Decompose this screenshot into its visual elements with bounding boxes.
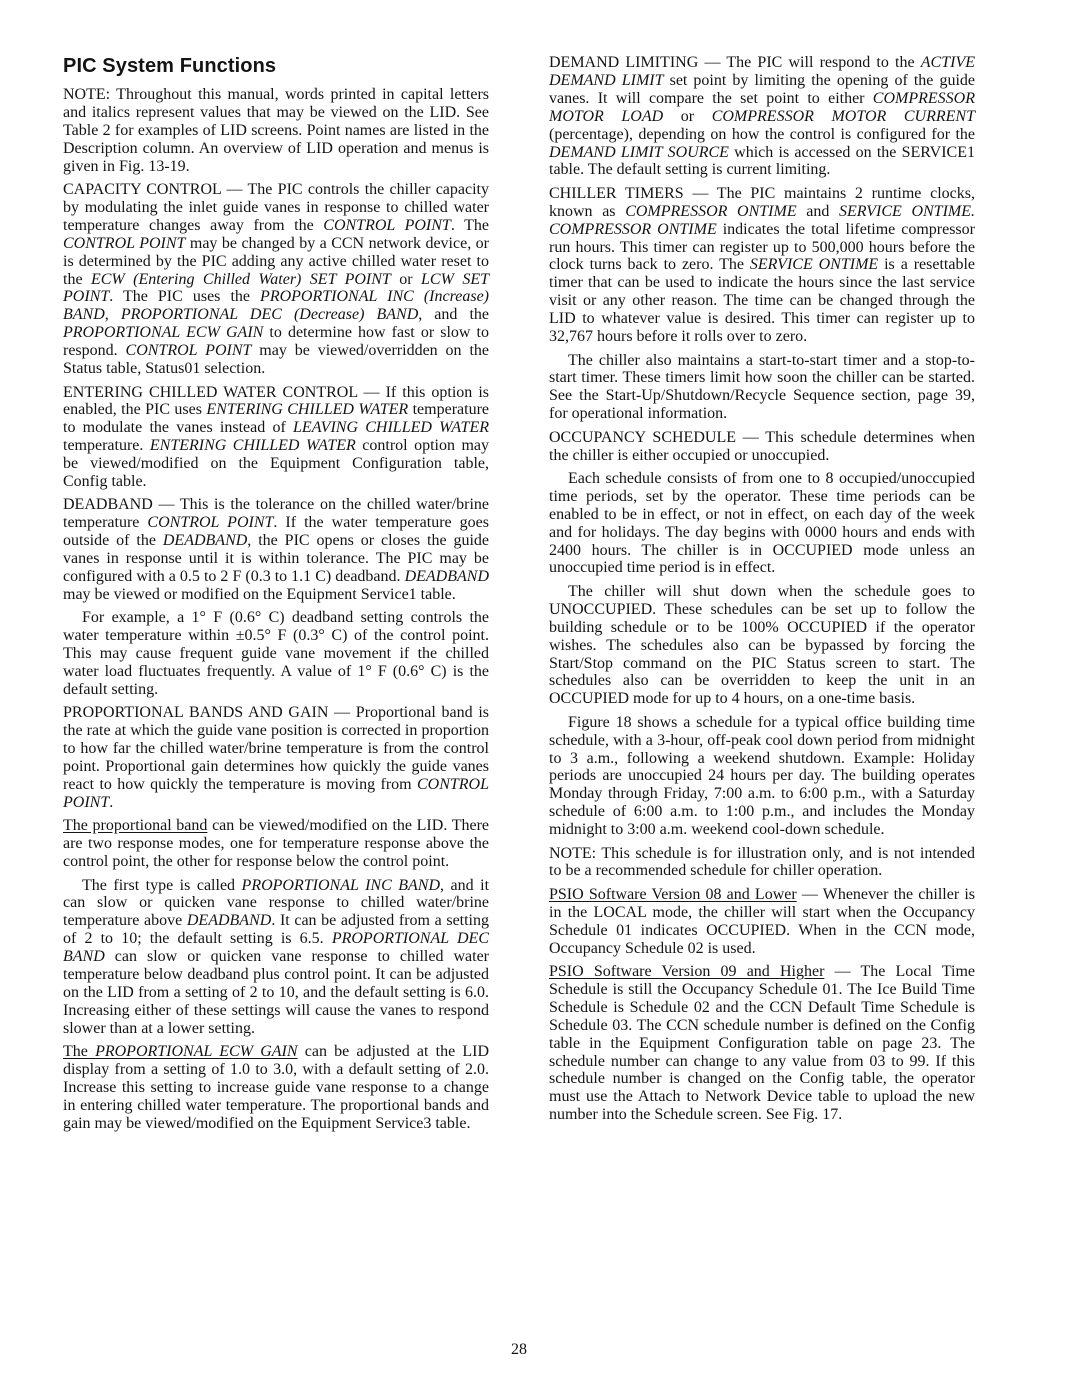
text-run: Figure 18 shows a schedule for a typical… bbox=[549, 714, 975, 838]
text-run: The bbox=[63, 1043, 95, 1060]
text-run: PSIO Software Version 08 and Lower bbox=[549, 886, 797, 903]
paragraph: Figure 18 shows a schedule for a typical… bbox=[549, 714, 975, 839]
text-run: PSIO Software Version 09 and Higher bbox=[549, 963, 824, 980]
paragraph: PROPORTIONAL BANDS AND GAIN — Proportion… bbox=[63, 704, 489, 811]
paragraph: DEMAND LIMITING — The PIC will respond t… bbox=[549, 54, 975, 179]
text-run: DEMAND LIMITING — The PIC will respond t… bbox=[549, 54, 921, 71]
paragraph: NOTE: This schedule is for illustration … bbox=[549, 845, 975, 881]
paragraph: CHILLER TIMERS — The PIC maintains 2 run… bbox=[549, 185, 975, 346]
text-run: LEAVING CHILLED WATER bbox=[293, 419, 489, 436]
paragraph: Each schedule consists of from one to 8 … bbox=[549, 470, 975, 577]
text-run: DEADBAND bbox=[163, 532, 247, 549]
text-run: ENTERING CHILLED WATER bbox=[206, 401, 408, 418]
text-run: or bbox=[663, 108, 712, 125]
text-run: may be viewed or modified on the Equipme… bbox=[63, 586, 456, 603]
text-run: DEADBAND bbox=[187, 912, 271, 929]
text-run: NOTE: This schedule is for illustration … bbox=[549, 845, 975, 880]
text-run: CONTROL POINT bbox=[323, 217, 451, 234]
text-run: PROPORTIONAL INC BAND bbox=[242, 877, 440, 894]
text-run: SERVICE ONTIME bbox=[750, 256, 878, 273]
text-run: The chiller will shut down when the sche… bbox=[549, 583, 975, 707]
text-run: can slow or quicken vane response to chi… bbox=[63, 948, 489, 1037]
text-run: . The bbox=[451, 217, 489, 234]
paragraph: The proportional band can be viewed/modi… bbox=[63, 817, 489, 871]
text-run: or bbox=[391, 271, 421, 288]
text-run: COMPRESSOR ONTIME bbox=[625, 203, 796, 220]
text-run: temperature. bbox=[63, 437, 150, 454]
paragraph: The first type is called PROPORTIONAL IN… bbox=[63, 877, 489, 1038]
text-run: , bbox=[105, 306, 121, 323]
right-column: DEMAND LIMITING — The PIC will respond t… bbox=[549, 54, 975, 1138]
text-run: . bbox=[109, 794, 113, 811]
text-run: DEMAND LIMIT SOURCE bbox=[549, 144, 729, 161]
page-number: 28 bbox=[63, 1341, 975, 1359]
text-run: and bbox=[797, 203, 839, 220]
paragraph: ENTERING CHILLED WATER CONTROL — If this… bbox=[63, 384, 489, 491]
text-run: , and the bbox=[418, 306, 489, 323]
left-column: PIC System Functions NOTE: Throughout th… bbox=[63, 54, 489, 1138]
paragraph: The chiller also maintains a start-to-st… bbox=[549, 352, 975, 424]
text-run: For example, a 1° F (0.6° C) deadband se… bbox=[63, 609, 489, 698]
text-run: ENTERING CHILLED WATER bbox=[150, 437, 356, 454]
paragraph: PSIO Software Version 08 and Lower — Whe… bbox=[549, 886, 975, 958]
text-run: — The Local Time Schedule is still the O… bbox=[549, 963, 975, 1123]
text-run: COMPRESSOR MOTOR CURRENT bbox=[712, 108, 975, 125]
text-run: OCCUPANCY SCHEDULE — This schedule deter… bbox=[549, 429, 975, 464]
paragraph: CAPACITY CONTROL — The PIC controls the … bbox=[63, 181, 489, 378]
text-run: The first type is called bbox=[82, 877, 242, 894]
manual-page: PIC System Functions NOTE: Throughout th… bbox=[0, 0, 1080, 1397]
paragraph: The chiller will shut down when the sche… bbox=[549, 583, 975, 708]
text-run: ECW (Entering Chilled Water) SET POINT bbox=[91, 271, 391, 288]
text-run: The chiller also maintains a start-to-st… bbox=[549, 352, 975, 423]
text-run: CONTROL POINT bbox=[126, 342, 252, 359]
text-run: NOTE: Throughout this manual, words prin… bbox=[63, 86, 489, 175]
text-run: CONTROL POINT bbox=[63, 235, 185, 252]
text-run: . The PIC uses the bbox=[109, 288, 260, 305]
paragraph: The PROPORTIONAL ECW GAIN can be adjuste… bbox=[63, 1043, 489, 1133]
paragraph: DEADBAND — This is the tolerance on the … bbox=[63, 496, 489, 603]
text-run: PROPORTIONAL ECW GAIN bbox=[63, 324, 263, 341]
text-run: Each schedule consists of from one to 8 … bbox=[549, 470, 975, 577]
text-run: The proportional band bbox=[63, 817, 207, 834]
text-run: PROPORTIONAL DEC (Decrease) BAND bbox=[121, 306, 418, 323]
paragraph: NOTE: Throughout this manual, words prin… bbox=[63, 86, 489, 176]
text-run: (percentage), depending on how the contr… bbox=[549, 126, 975, 143]
paragraph: PSIO Software Version 09 and Higher — Th… bbox=[549, 963, 975, 1124]
text-run: DEADBAND bbox=[405, 568, 489, 585]
page-title: PIC System Functions bbox=[63, 54, 489, 78]
paragraph: For example, a 1° F (0.6° C) deadband se… bbox=[63, 609, 489, 699]
text-run: PROPORTIONAL ECW GAIN bbox=[95, 1043, 298, 1060]
text-run: CONTROL POINT bbox=[147, 514, 273, 531]
two-column-text-block: PIC System Functions NOTE: Throughout th… bbox=[63, 54, 975, 1138]
paragraph: OCCUPANCY SCHEDULE — This schedule deter… bbox=[549, 429, 975, 465]
